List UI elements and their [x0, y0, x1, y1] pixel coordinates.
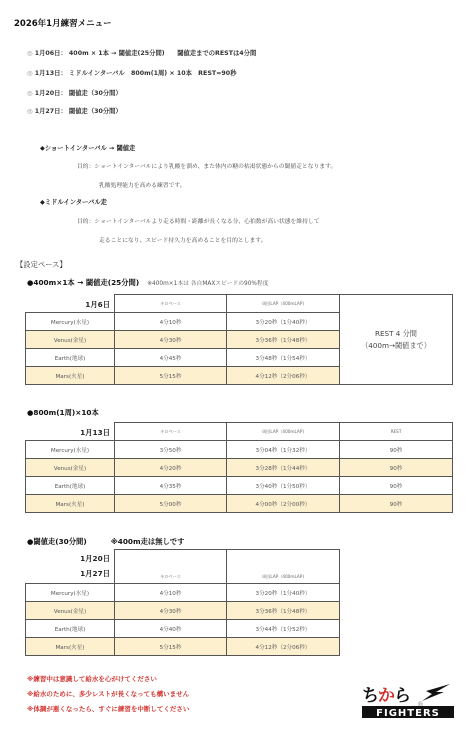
double-circle-icon: ◎	[27, 70, 33, 77]
table-row: Mercury(水星)3分50秒3分04秒（1分32秒）90秒	[26, 441, 453, 459]
table-row: Venus(金星)4分20秒3分28秒（1分44秒）90秒	[26, 459, 453, 477]
column-header: キロペース	[115, 550, 227, 584]
table-heading: ●400m×1本 → 閾値走(25分間)※400m×1本は 各自MAXスピードの…	[27, 278, 269, 288]
table-note: ※400m×1本は 各自MAXスピードの90%程度	[147, 281, 268, 287]
section-heading: ◆ショートインターバル → 閾値走	[40, 143, 135, 152]
pace-table-threshold: 1月20日1月27日 キロペース 周回LAP（400mLAP) Mercury(…	[25, 549, 340, 656]
table-date: 1月13日	[26, 423, 115, 441]
column-header: REST	[340, 423, 453, 441]
svg-text:FIGHTERS: FIGHTERS	[376, 708, 440, 719]
pace-table-400m: 1月6日 キロペース 周回LAP（400mLAP) REST 4 分間（400m…	[25, 294, 453, 385]
page-title: 2026年1月練習メニュー	[14, 17, 112, 29]
warning-text: ※体調が悪くなったら、すぐに練習を中断してください	[27, 704, 189, 713]
column-header: 周回LAP（400mLAP)	[227, 295, 340, 313]
table-heading: ●閾値走(30分間)※400m走は無しです	[27, 537, 184, 547]
table-date: 1月6日	[26, 295, 115, 313]
section-heading: ◆ミドルインターバル走	[40, 197, 107, 206]
table-row: Mars(火星)5分00秒4分00秒（2分00秒）90秒	[26, 495, 453, 513]
column-header: キロペース	[115, 295, 227, 313]
table-heading: ●800m(1周)×10本	[27, 408, 99, 418]
table-dates: 1月20日1月27日	[26, 550, 115, 584]
warning-text: ※給水のために、多少レストが長くなっても構いません	[27, 689, 189, 698]
schedule-item: ◎ 1月13日： ミドルインターバル 800m(1周) × 10本 REST=9…	[27, 68, 237, 77]
chikara-fighters-logo: ちから Ⓡ FIGHTERS	[360, 681, 457, 719]
double-circle-icon: ◎	[27, 108, 33, 115]
section-purpose: 目的：ショートインターバルにより乳酸を溜め、また体内の糖の枯渇状態からの閾値走と…	[77, 161, 336, 170]
schedule-item: ◎ 1月20日： 閾値走（30分間）	[27, 88, 122, 97]
table-row: Earth(地球)4分35秒3分40秒（1分50秒）90秒	[26, 477, 453, 495]
svg-text:ちから: ちから	[362, 686, 410, 706]
warning-text: ※練習中は意識して給水を心がけてください	[27, 674, 157, 683]
logo-graphic-icon: ちから Ⓡ FIGHTERS	[360, 681, 457, 719]
section-purpose: 目的：ショートインターバルより走る時間・距離が長くなる分、心拍数が高い状態を維持…	[77, 216, 320, 225]
table-note: ※400m走は無しです	[111, 537, 185, 546]
setting-pace-label: 【設定ペース】	[16, 260, 67, 270]
pace-table-800m: 1月13日 キロペース 周回LAP（400mLAP) REST Mercury(…	[25, 422, 453, 513]
table-row: Earth(地球)4分40秒3分44秒（1分52秒）	[26, 620, 340, 638]
section-purpose-cont: 走ることになり、スピード持久力を高めることを目的とします。	[99, 235, 266, 244]
schedule-item: ◎ 1月06日： 400m × 1本 → 閾値走(25分間) 閾値走までのRES…	[27, 48, 256, 57]
rest-cell: REST 4 分間（400m→閾値まで）	[340, 295, 453, 385]
column-header: 周回LAP（400mLAP)	[227, 423, 340, 441]
table-row: Venus(金星)4分30秒3分36秒（1分48秒）	[26, 602, 340, 620]
schedule-item: ◎ 1月27日： 閾値走（30分間）	[27, 106, 122, 115]
double-circle-icon: ◎	[27, 50, 33, 57]
double-circle-icon: ◎	[27, 90, 33, 97]
column-header: 周回LAP（400mLAP)	[227, 550, 340, 584]
table-row: Mercury(水星)4分10秒3分20秒（1分40秒）	[26, 584, 340, 602]
table-row: Mars(火星)5分15秒4分12秒（2分06秒）	[26, 638, 340, 656]
section-purpose-cont: 乳酸処理能力を高める練習です。	[99, 180, 186, 189]
column-header: キロペース	[115, 423, 227, 441]
